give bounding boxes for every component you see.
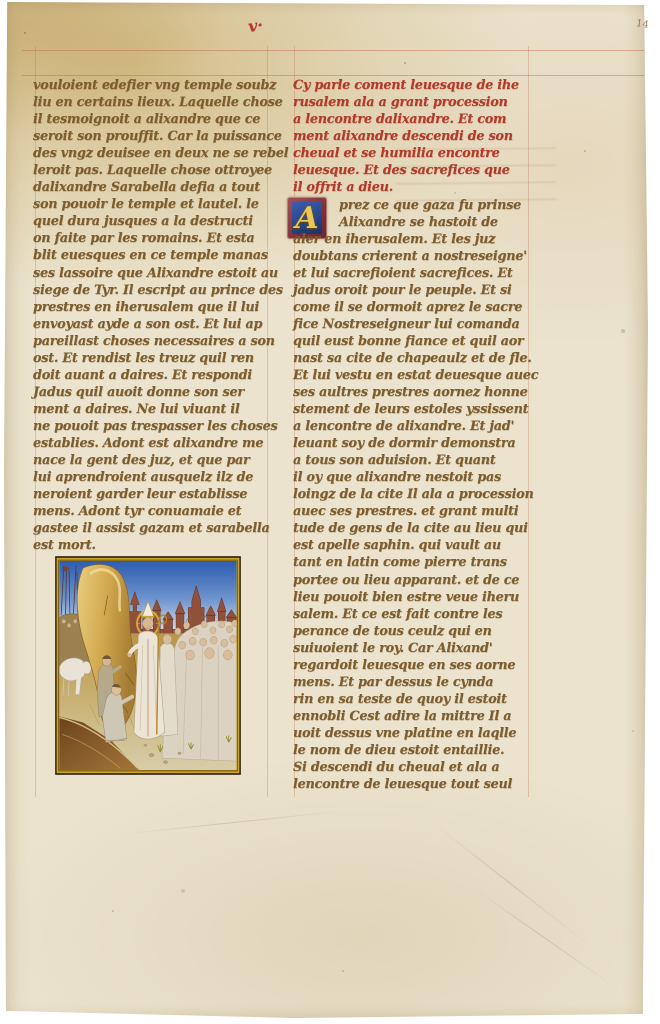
ruling-line — [22, 75, 644, 76]
text-line: est apelle saphin. qui vault au — [293, 537, 529, 554]
text-line: est mort. — [33, 537, 265, 554]
rubric-text: Cy parle coment leuesque de iherusalem a… — [293, 77, 525, 196]
text-line: suiuoient le roy. Car Alixand' — [293, 640, 529, 657]
text-line: fice Nostreseigneur lui comanda — [293, 316, 529, 333]
text-line: ennobli Cest adire la mittre Il a — [293, 708, 529, 725]
text-line: doit auant a daires. Et respondi — [33, 367, 265, 384]
folio-number: 14 — [635, 18, 649, 31]
text-line: nast sa cite de chapeaulz et de fle. — [293, 350, 529, 367]
text-line: vouloient edefier vng temple soubz — [33, 77, 265, 94]
rubric-line: Cy parle coment leuesque de ihe — [293, 77, 525, 94]
text-line: neroient garder leur establisse — [33, 486, 265, 503]
text-line: auec ses prestres. et grant multi — [293, 503, 529, 520]
text-line: blit euesques en ce temple manas — [33, 247, 265, 264]
text-line: lui aprendroient ausquelz ilz de — [33, 469, 265, 486]
right-text-column: prez ce que gaza fu prinseAlixandre se h… — [293, 197, 529, 794]
text-line: doubtans crierent a nostreseigne' — [293, 248, 529, 265]
text-line: regardoit leuesque en ses aorne — [293, 657, 529, 674]
parchment-vein — [426, 817, 592, 947]
rubric-line: leuesque. Et des sacrefices que — [293, 162, 525, 179]
text-line: perance de tous ceulz qui en — [293, 623, 529, 640]
text-line: ses lassoire que Alixandre estoit au — [33, 265, 265, 282]
text-line: liu en certains lieux. Laquelle chose — [33, 94, 265, 111]
text-line: a tous son aduision. Et quant — [293, 452, 529, 469]
text-line: ost. Et rendist les treuz quil ren — [33, 350, 265, 367]
rubric-line: cheual et se humilia encontre — [293, 145, 525, 162]
text-line: quel dura jusques a la destructi — [33, 213, 265, 230]
text-line: son pouoir le temple et lautel. le — [33, 196, 265, 213]
text-line: a lencontre de alixandre. Et jad' — [293, 418, 529, 435]
text-line: Alixandre se hastoit de — [339, 214, 529, 231]
text-line: seroit son prouffit. Car la puissance — [33, 128, 265, 145]
text-line: Jadus quil auoit donne son ser — [33, 384, 265, 401]
text-line: leuant soy de dormir demonstra — [293, 435, 529, 452]
text-line: dalixandre Sarabella defia a tout — [33, 179, 265, 196]
text-line: ne pouoit pas trespasser les choses — [33, 418, 265, 435]
text-line: et lui sacrefioient sacrefices. Et — [293, 265, 529, 282]
rubric-line: rusalem ala a grant procession — [293, 94, 525, 111]
miniature-illustration — [55, 556, 241, 775]
text-line: on faite par les romains. Et esta — [33, 230, 265, 247]
text-line: envoyast ayde a son ost. Et lui ap — [33, 316, 265, 333]
text-line: il oy que alixandre nestoit pas — [293, 469, 529, 486]
parchment-vein — [125, 811, 344, 835]
text-line: establies. Adont est alixandre me — [33, 435, 265, 452]
text-line: Et lui vestu en estat deuesque auec — [293, 367, 529, 384]
quire-mark: v· — [247, 15, 264, 36]
text-line: come il se dormoit aprez le sacre — [293, 299, 529, 316]
text-line: prez ce que gaza fu prinse — [339, 197, 529, 214]
text-line: jadus oroit pour le peuple. Et si — [293, 282, 529, 299]
text-line: siege de Tyr. Il escript au prince des — [33, 282, 265, 299]
left-text-column: vouloient edefier vng temple soubzliu en… — [33, 77, 265, 554]
text-line: Si descendi du cheual et ala a — [293, 759, 529, 776]
text-line: prestres en iherusalem que il lui — [33, 299, 265, 316]
text-line: ment a daires. Ne lui viuant il — [33, 401, 265, 418]
text-line: rin en sa teste de quoy il estoit — [293, 691, 529, 708]
manuscript-page-photo: v· 14 vouloient edefier vng temple soubz… — [0, 0, 660, 1024]
text-line: gastee il assist gazam et sarabella — [33, 520, 265, 537]
text-line: aler en iherusalem. Et les juz — [293, 231, 529, 248]
text-line: lieu pouoit bien estre veue iheru — [293, 589, 529, 606]
text-line: loingz de la cite Il ala a procession — [293, 486, 529, 503]
text-line: tude de gens de la cite au lieu qui — [293, 520, 529, 537]
rubric-line: a lencontre dalixandre. Et com — [293, 111, 525, 128]
text-line: tant en latin come pierre trans — [293, 554, 529, 571]
ruling-line — [22, 50, 644, 51]
text-line: salem. Et ce est fait contre les — [293, 606, 529, 623]
text-line: stement de leurs estoles yssissent — [293, 401, 529, 418]
rubric-line: ment alixandre descendi de son — [293, 128, 525, 145]
parchment-vein — [470, 885, 618, 989]
text-line: leroit pas. Laquelle chose ottroyee — [33, 162, 265, 179]
text-line: pareillast choses necessaires a son — [33, 333, 265, 350]
text-line: nace la gent des juz, et que par — [33, 452, 265, 469]
text-line: mens. Et par dessus le cynda — [293, 674, 529, 691]
text-line: lencontre de leuesque tout seul — [293, 776, 529, 793]
text-line: uoit dessus vne platine en laqlle — [293, 725, 529, 742]
text-line: des vngz deuisee en deux ne se rebel — [33, 145, 265, 162]
text-line: il tesmoignoit a alixandre que ce — [33, 111, 265, 128]
rubric-line: il offrit a dieu. — [293, 179, 525, 196]
text-line: le nom de dieu estoit entaillie. — [293, 742, 529, 759]
text-line: portee ou lieu apparant. et de ce — [293, 572, 529, 589]
text-line: mens. Adont tyr conuamaie et — [33, 503, 265, 520]
parchment-specks — [24, 32, 26, 34]
text-line: ses aultres prestres aornez honne — [293, 384, 529, 401]
text-line: quil eust bonne fiance et quil aor — [293, 333, 529, 350]
